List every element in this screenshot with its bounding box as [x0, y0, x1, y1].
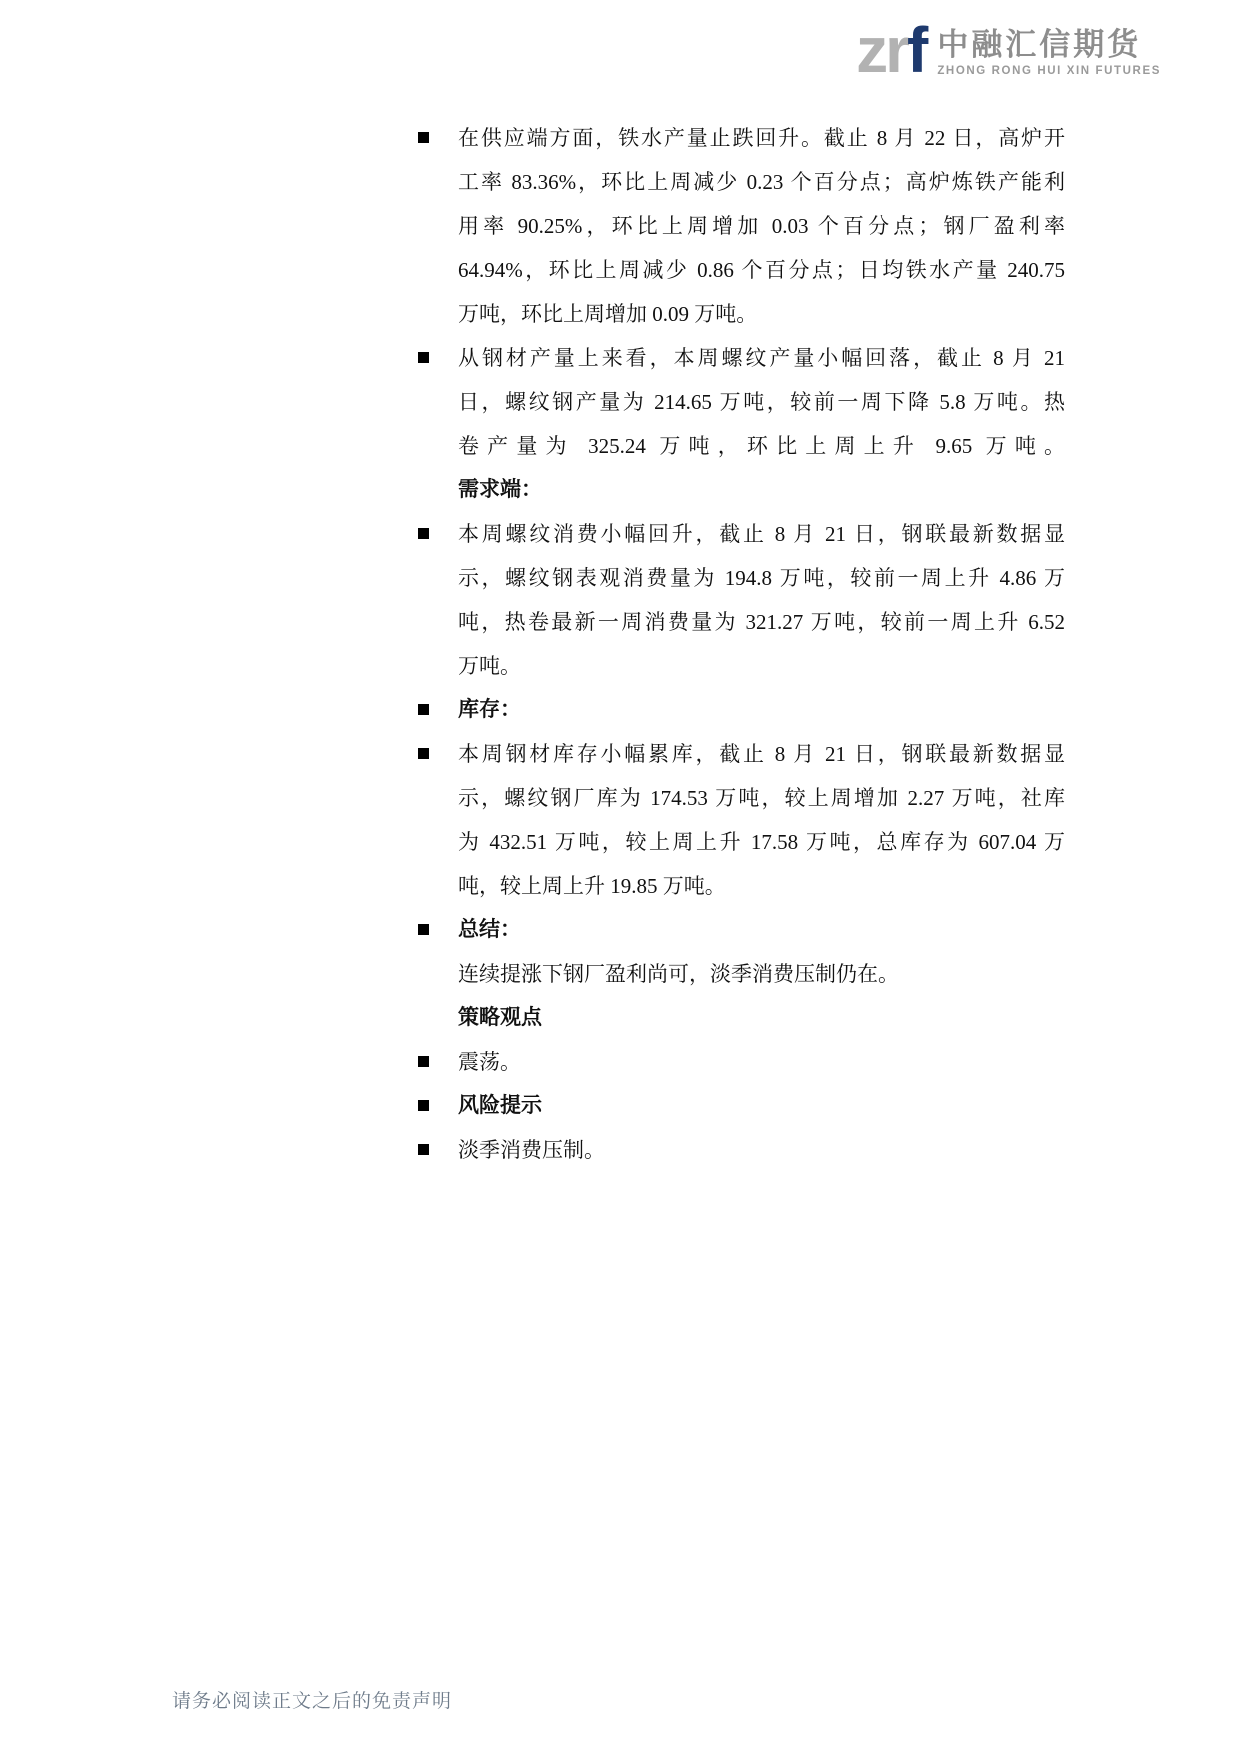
bullet-square-icon: [418, 1144, 429, 1155]
bullet-square-icon: [418, 1100, 429, 1111]
text-line: 从钢材产量上来看，本周螺纹产量小幅回落，截止 8 月 21: [458, 336, 1065, 380]
bullet-section-heading: 库存：: [458, 688, 1065, 732]
bullet-square-icon: [418, 704, 429, 715]
bullet-item: 在供应端方面，铁水产量止跌回升。截止 8 月 22 日，高炉开工率 83.36%…: [458, 116, 1065, 336]
text-line: 吨，热卷最新一周消费量为 321.27 万吨，较前一周上升 6.52: [458, 600, 1065, 644]
text-line: 万吨，环比上周增加 0.09 万吨。: [458, 292, 1065, 336]
logo-mark: zrf: [856, 20, 925, 81]
bullet-item: 从钢材产量上来看，本周螺纹产量小幅回落，截止 8 月 21日，螺纹钢产量为 21…: [458, 336, 1065, 468]
footer-disclaimer: 请务必阅读正文之后的免责声明: [172, 1686, 452, 1713]
bullet-square-icon: [418, 748, 429, 759]
bullet-square-icon: [418, 924, 429, 935]
bullet-square-icon: [418, 1056, 429, 1067]
text-line: 策略观点: [458, 996, 1065, 1040]
text-line: 吨，较上周上升 19.85 万吨。: [458, 864, 1065, 908]
bullet-section-heading: 风险提示: [458, 1084, 1065, 1128]
report-page: zrf 中融汇信期货 ZHONG RONG HUI XIN FUTURES 在供…: [0, 0, 1241, 1755]
text-line: 总结：: [458, 908, 1065, 952]
text-line: 在供应端方面，铁水产量止跌回升。截止 8 月 22 日，高炉开: [458, 116, 1065, 160]
bullet-square-icon: [418, 528, 429, 539]
text-line: 连续提涨下钢厂盈利尚可，淡季消费压制仍在。: [458, 952, 1065, 996]
text-line: 用率 90.25%，环比上周增加 0.03 个百分点；钢厂盈利率: [458, 204, 1065, 248]
text-line: 示，螺纹钢表观消费量为 194.8 万吨，较前一周上升 4.86 万: [458, 556, 1065, 600]
bullet-item: 本周螺纹消费小幅回升，截止 8 月 21 日，钢联最新数据显示，螺纹钢表观消费量…: [458, 512, 1065, 688]
bullet-item: 震荡。: [458, 1040, 1065, 1084]
text-line: 日，螺纹钢产量为 214.65 万吨，较前一周下降 5.8 万吨。热: [458, 380, 1065, 424]
company-name-en: ZHONG RONG HUI XIN FUTURES: [937, 65, 1161, 77]
paragraph: 连续提涨下钢厂盈利尚可，淡季消费压制仍在。: [458, 952, 1065, 996]
text-line: 为 432.51 万吨，较上周上升 17.58 万吨，总库存为 607.04 万: [458, 820, 1065, 864]
section-heading: 策略观点: [458, 996, 1065, 1040]
text-line: 工率 83.36%，环比上周减少 0.23 个百分点；高炉炼铁产能利: [458, 160, 1065, 204]
text-line: 示，螺纹钢厂库为 174.53 万吨，较上周增加 2.27 万吨，社库: [458, 776, 1065, 820]
bullet-square-icon: [418, 132, 429, 143]
company-name-cn: 中融汇信期货: [937, 29, 1161, 62]
text-line: 淡季消费压制。: [458, 1128, 1065, 1172]
text-line: 卷产量为 325.24 万吨，环比上周上升 9.65 万吨。: [458, 424, 1065, 468]
bullet-item: 本周钢材库存小幅累库，截止 8 月 21 日，钢联最新数据显示，螺纹钢厂库为 1…: [458, 732, 1065, 908]
text-line: 需求端：: [458, 468, 1065, 512]
section-heading: 需求端：: [458, 468, 1065, 512]
logo-zr-text: zr: [856, 14, 907, 86]
company-logo: zrf 中融汇信期货 ZHONG RONG HUI XIN FUTURES: [856, 20, 1161, 81]
bullet-item: 淡季消费压制。: [458, 1128, 1065, 1172]
text-line: 风险提示: [458, 1084, 1065, 1128]
bullet-square-icon: [418, 352, 429, 363]
report-body: 在供应端方面，铁水产量止跌回升。截止 8 月 22 日，高炉开工率 83.36%…: [458, 116, 1065, 1172]
logo-names: 中融汇信期货 ZHONG RONG HUI XIN FUTURES: [937, 29, 1161, 81]
text-line: 本周螺纹消费小幅回升，截止 8 月 21 日，钢联最新数据显: [458, 512, 1065, 556]
text-line: 库存：: [458, 688, 1065, 732]
text-line: 万吨。: [458, 644, 1065, 688]
bullet-section-heading: 总结：: [458, 908, 1065, 952]
text-line: 64.94%，环比上周减少 0.86 个百分点；日均铁水产量 240.75: [458, 248, 1065, 292]
text-line: 本周钢材库存小幅累库，截止 8 月 21 日，钢联最新数据显: [458, 732, 1065, 776]
text-line: 震荡。: [458, 1040, 1065, 1084]
logo-f-text: f: [907, 14, 925, 86]
